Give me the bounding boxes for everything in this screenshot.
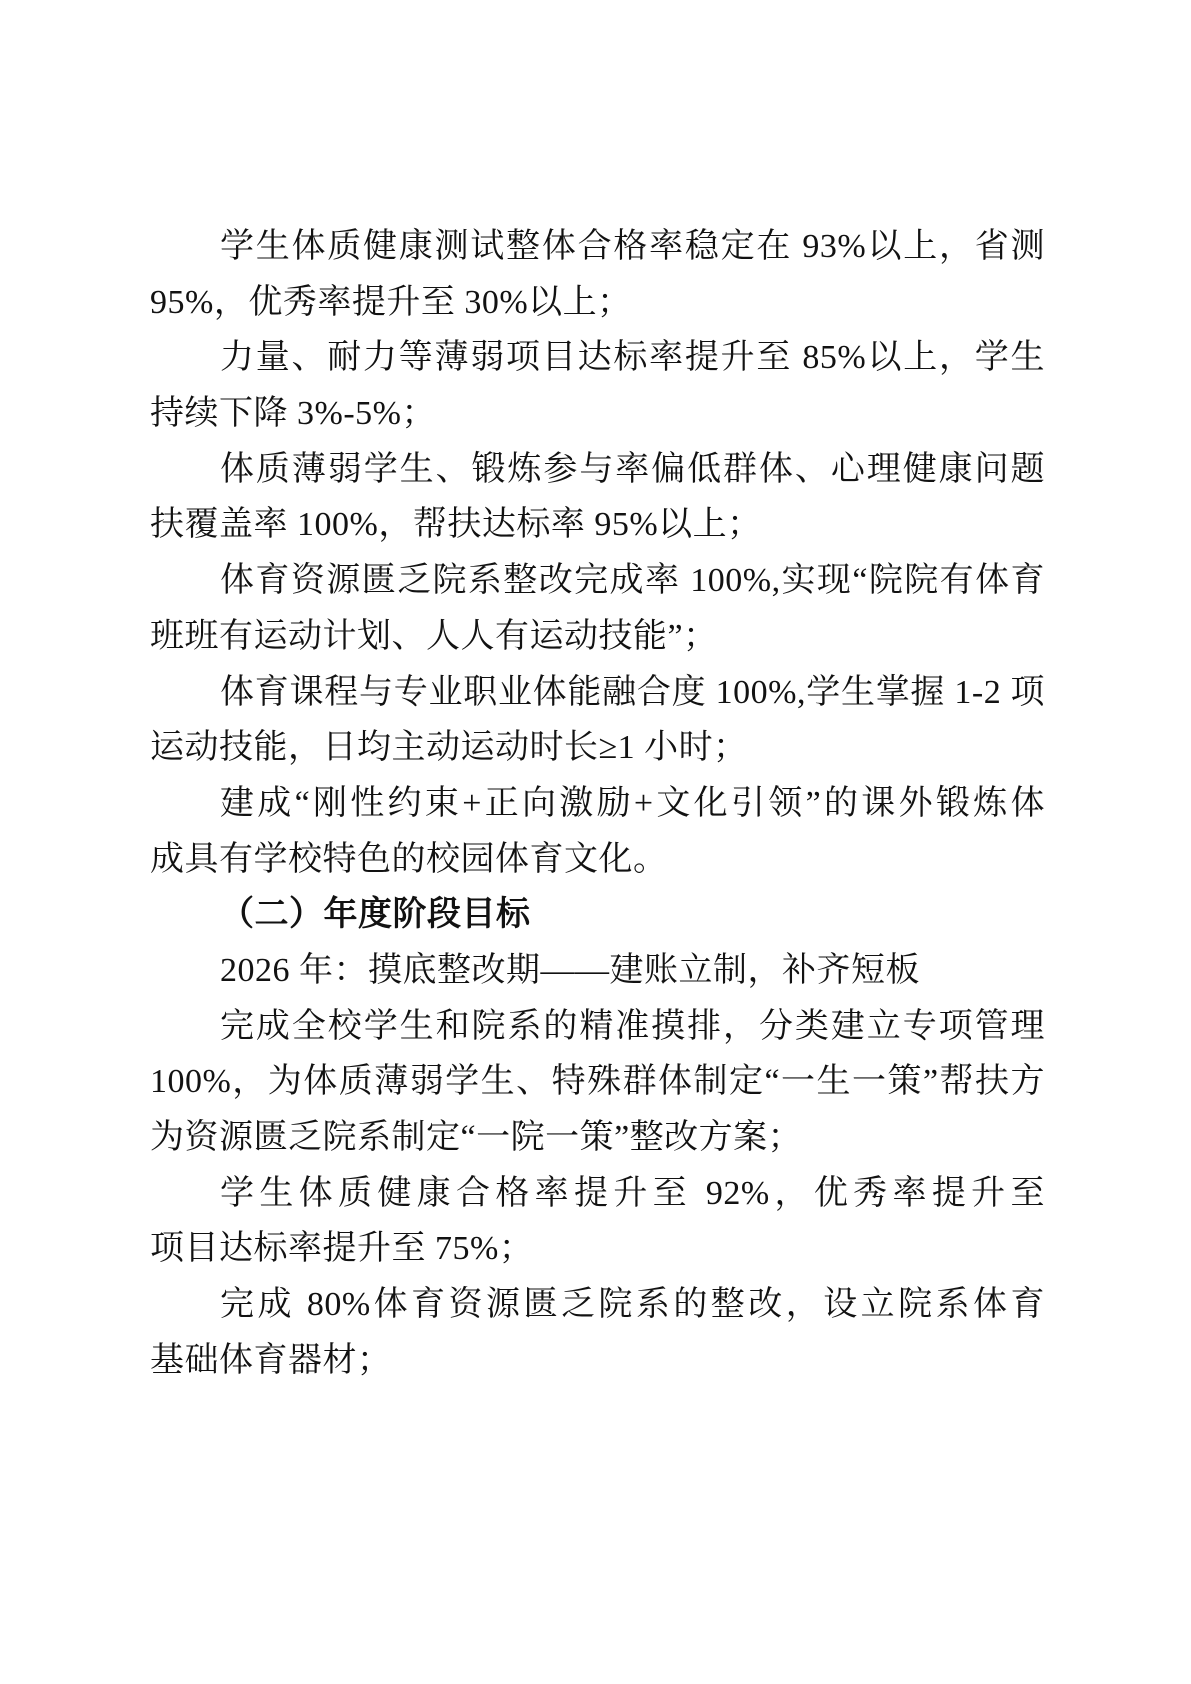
text-line: 持续下降 3%-5%；: [150, 386, 1045, 442]
text-line: 扶覆盖率 100%，帮扶达标率 95%以上；: [150, 497, 1045, 553]
text-line: 100%，为体质薄弱学生、特殊群体制定“一生一策”帮扶方案，: [150, 1054, 1045, 1110]
text-line: 为资源匮乏院系制定“一院一策”整改方案；: [150, 1110, 1045, 1166]
paragraph: 完成 80%体育资源匮乏院系的整改，设立院系体育角，配备基础体育器材；: [150, 1277, 1045, 1388]
text-line: 运动技能，日均主动运动时长≥1 小时；: [150, 720, 1045, 776]
document-page: 学生体质健康测试整体合格率稳定在 93%以上，省测合格率95%，优秀率提升至 3…: [0, 0, 1191, 1684]
phase-subheading: 2026 年：摸底整改期——建账立制，补齐短板: [150, 943, 1045, 999]
text-line: 95%，优秀率提升至 30%以上；: [150, 275, 1045, 331]
paragraph: 学生体质健康合格率提升至 92%，优秀率提升至 20%，薄弱项目达标率提升至 7…: [150, 1166, 1045, 1277]
text-line: 2026 年：摸底整改期——建账立制，补齐短板: [150, 943, 1045, 999]
text-line: 体育课程与专业职业体能融合度 100%,学生掌握 1-2 项终身: [150, 665, 1045, 721]
text-line: 成具有学校特色的校园体育文化。: [150, 832, 1045, 888]
paragraph: 体质薄弱学生、锻炼参与率偏低群体、心理健康问题学生帮扶覆盖率 100%，帮扶达标…: [150, 442, 1045, 553]
text-line: 完成全校学生和院系的精准摸排，分类建立专项管理台账: [150, 999, 1045, 1055]
text-line: 班班有运动计划、人人有运动技能”；: [150, 609, 1045, 665]
paragraph: 体育课程与专业职业体能融合度 100%,学生掌握 1-2 项终身运动技能，日均主…: [150, 665, 1045, 776]
paragraph: 完成全校学生和院系的精准摸排，分类建立专项管理台账100%，为体质薄弱学生、特殊…: [150, 999, 1045, 1166]
paragraph: 体育资源匮乏院系整改完成率 100%,实现“院院有体育角、班班有运动计划、人人有…: [150, 553, 1045, 664]
text-line: 学生体质健康合格率提升至 92%，优秀率提升至 20%，薄弱: [150, 1166, 1045, 1222]
text-line: 学生体质健康测试整体合格率稳定在 93%以上，省测合格率: [150, 219, 1045, 275]
text-line: 力量、耐力等薄弱项目达标率提升至 85%以上，学生肥胖率: [150, 330, 1045, 386]
section-heading: （二）年度阶段目标: [150, 887, 1045, 943]
text-line: 建成“刚性约束+正向激励+文化引领”的课外锻炼体系，形: [150, 776, 1045, 832]
text-line: 基础体育器材；: [150, 1333, 1045, 1389]
paragraph: 力量、耐力等薄弱项目达标率提升至 85%以上，学生肥胖率持续下降 3%-5%；: [150, 330, 1045, 441]
paragraph: 学生体质健康测试整体合格率稳定在 93%以上，省测合格率95%，优秀率提升至 3…: [150, 219, 1045, 330]
paragraph: 建成“刚性约束+正向激励+文化引领”的课外锻炼体系，形成具有学校特色的校园体育文…: [150, 776, 1045, 887]
text-line: 体育资源匮乏院系整改完成率 100%,实现“院院有体育角、: [150, 553, 1045, 609]
text-line: 体质薄弱学生、锻炼参与率偏低群体、心理健康问题学生帮: [150, 442, 1045, 498]
text-line: （二）年度阶段目标: [150, 887, 1045, 943]
text-line: 项目达标率提升至 75%；: [150, 1221, 1045, 1277]
document-text-block: 学生体质健康测试整体合格率稳定在 93%以上，省测合格率95%，优秀率提升至 3…: [150, 219, 1045, 1388]
text-line: 完成 80%体育资源匮乏院系的整改，设立院系体育角，配备: [150, 1277, 1045, 1333]
